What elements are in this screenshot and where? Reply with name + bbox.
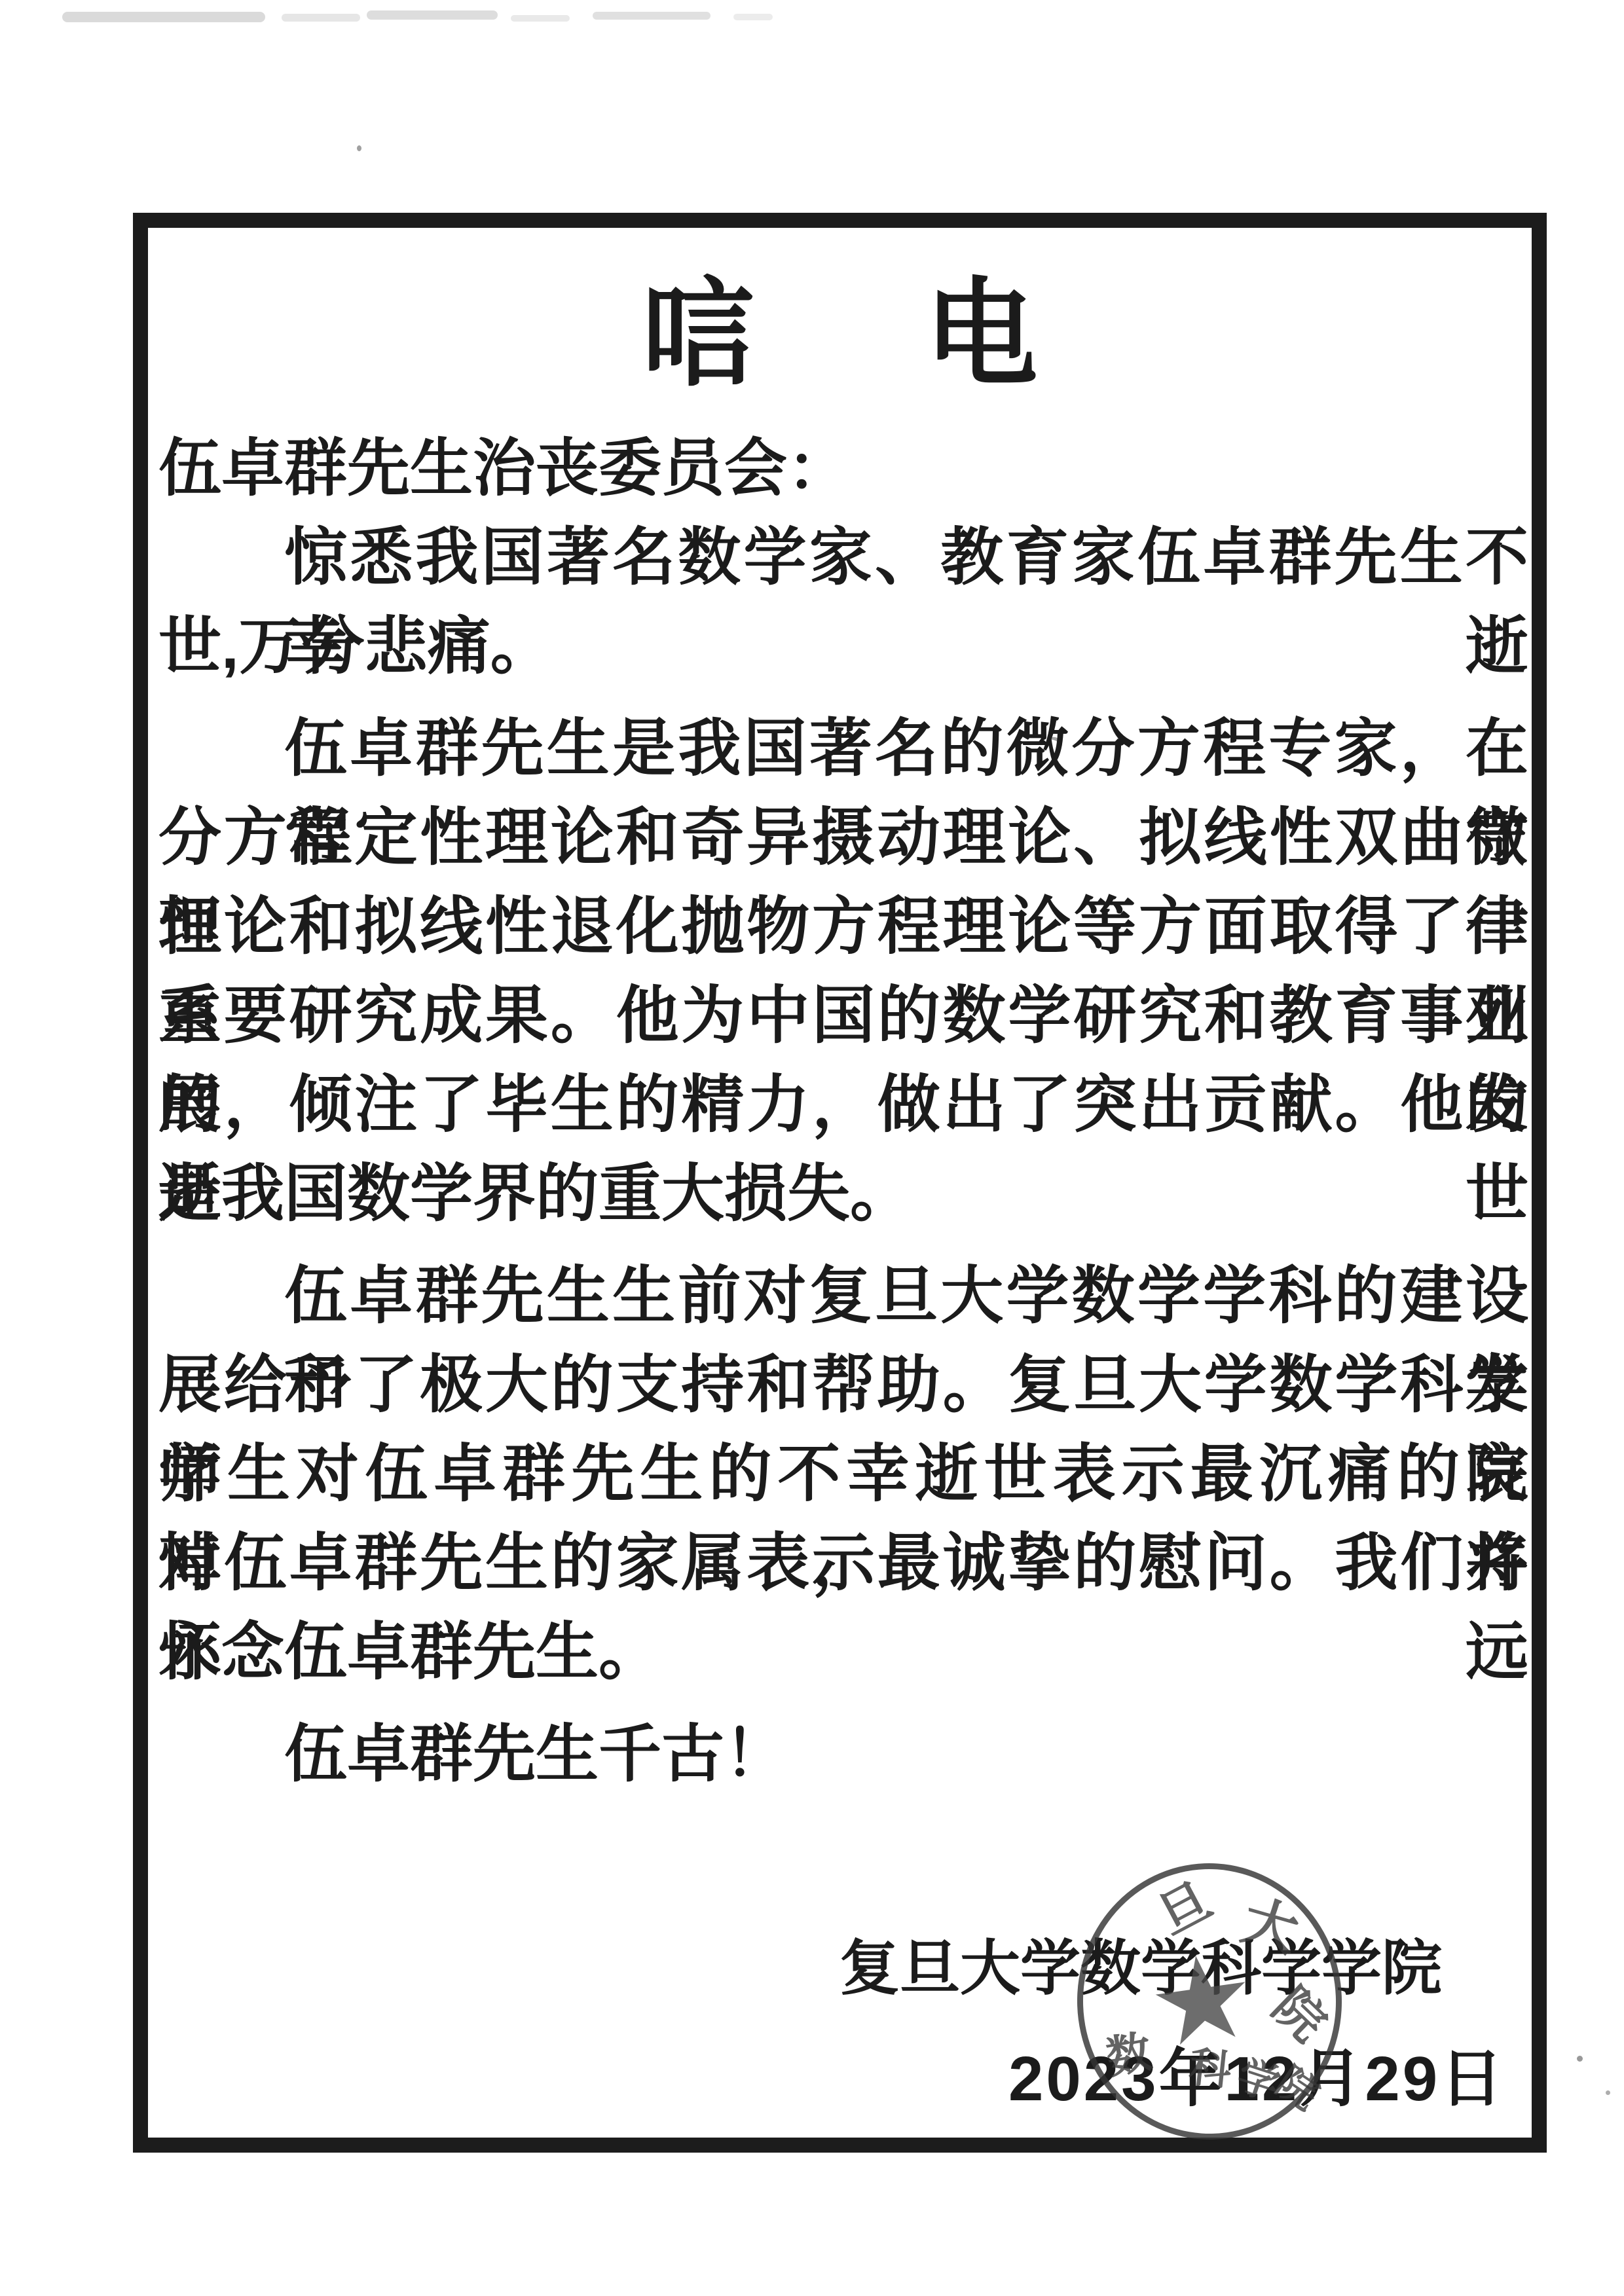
scanned-document-page: 唁 电 伍卓群先生治丧委员会： 惊悉我国著名数学家、教育家伍卓群先生不幸逝 世,…: [0, 0, 1624, 2296]
title-char-left: 唁: [642, 264, 755, 405]
signature-line: 复旦大学数学科学学院: [840, 1933, 1442, 2005]
body-line: 分方程定性理论和奇异摄动理论、拟线性双曲守恒律: [158, 793, 1528, 883]
scan-smudge: [511, 15, 570, 22]
body-line: 展，倾注了毕生的精力，做出了突出贡献。他的逝世: [158, 1061, 1528, 1150]
body-line: 展给予了极大的支持和帮助。复旦大学数学科学学院: [158, 1341, 1528, 1430]
document-body: 伍卓群先生治丧委员会： 惊悉我国著名数学家、教育家伍卓群先生不幸逝 世,万分悲痛…: [158, 424, 1528, 1799]
scan-smudge: [593, 12, 710, 20]
body-line: 理论和拟线性退化抛物方程理论等方面取得了一系列: [158, 883, 1528, 972]
scan-speck: [1606, 2090, 1610, 2095]
title-char-right: 电: [925, 264, 1038, 405]
body-line: 伍卓群先生是我国著名的微分方程专家，在常微: [158, 704, 1528, 793]
body-line: 师生对伍卓群先生的不幸逝世表示最沉痛的哀悼，并: [158, 1430, 1528, 1519]
body-line: 对伍卓群先生的家属表示最诚挚的慰问。我们将永远: [158, 1519, 1528, 1608]
scan-smudge: [62, 12, 265, 22]
date-line: 2023年12月29日: [1008, 2041, 1505, 2117]
body-line: 伍卓群先生生前对复旦大学数学学科的建设和发: [158, 1252, 1528, 1341]
scan-speck: [1577, 2056, 1583, 2062]
body-line: 重要研究成果。他为中国的数学研究和教育事业的发: [158, 972, 1528, 1061]
scan-smudge: [733, 14, 773, 20]
scan-speck: [357, 145, 361, 151]
tribute-line: 伍卓群先生千古！: [158, 1710, 1528, 1799]
scan-smudge: [282, 14, 360, 22]
salutation-line: 伍卓群先生治丧委员会：: [158, 424, 1528, 513]
document-title: 唁 电: [133, 267, 1547, 402]
scan-smudge: [367, 10, 498, 20]
body-line: 惊悉我国著名数学家、教育家伍卓群先生不幸逝: [158, 513, 1528, 602]
